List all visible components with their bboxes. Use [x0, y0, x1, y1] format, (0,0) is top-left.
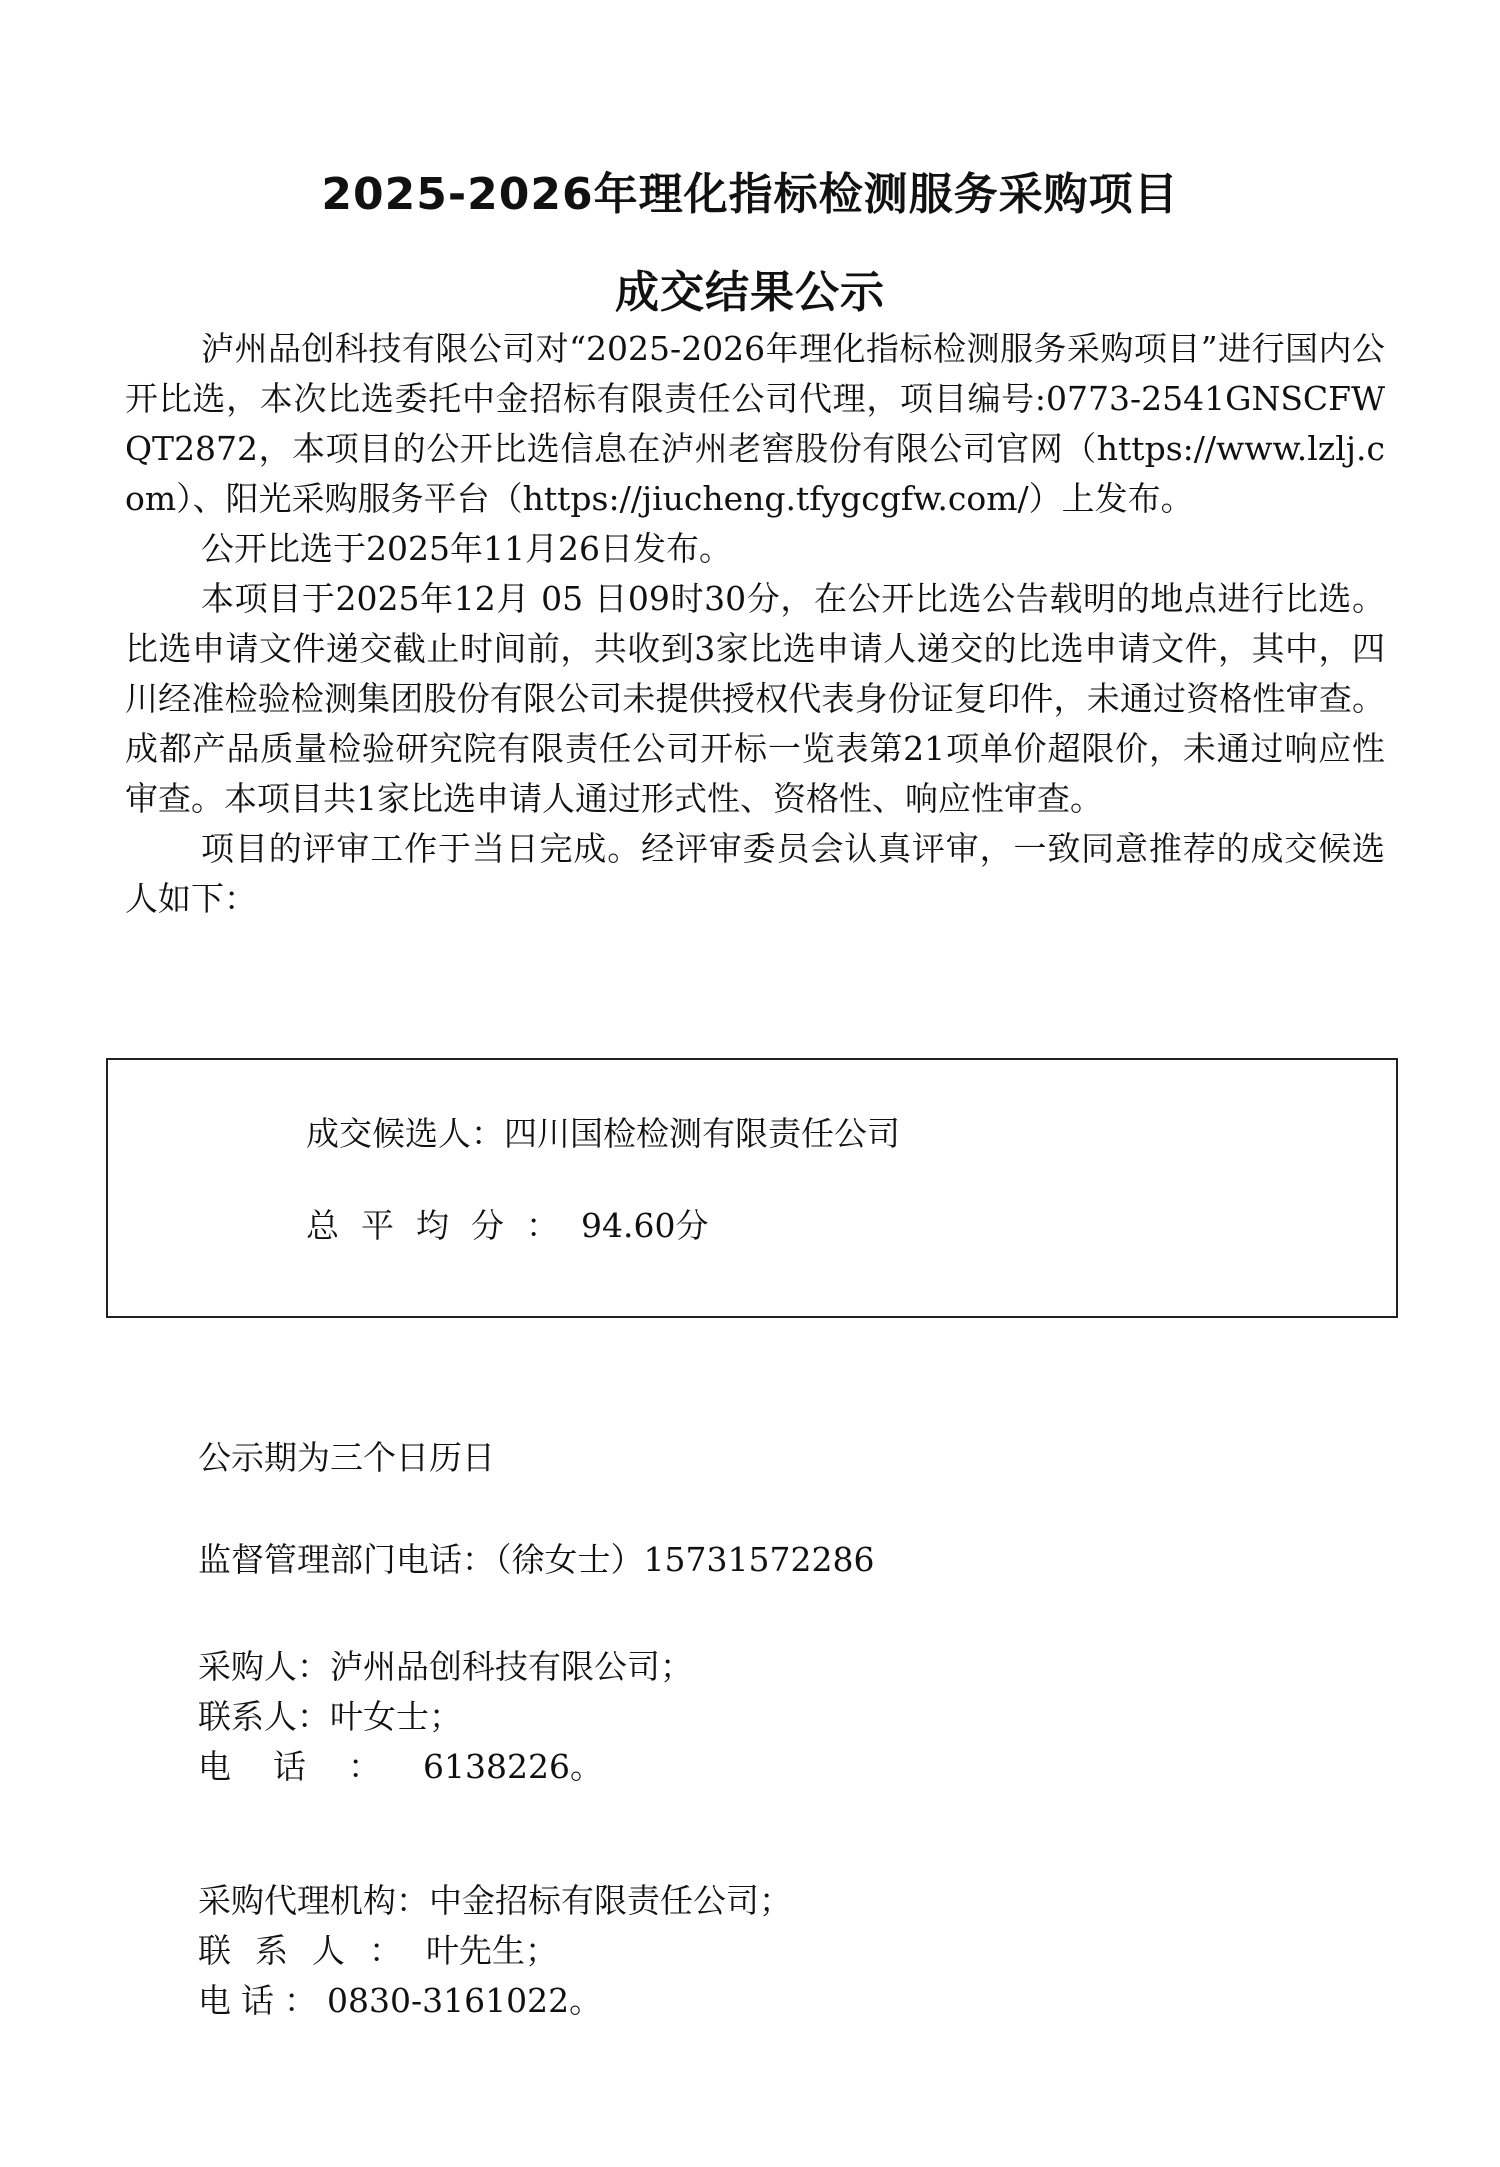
purchaser-phone-value: 6138226。: [423, 1747, 603, 1786]
body-paragraphs: 泸州品创科技有限公司对“2025-2026年理化指标检测服务采购项目”进行国内公…: [125, 324, 1385, 924]
paragraph-intro: 泸州品创科技有限公司对“2025-2026年理化指标检测服务采购项目”进行国内公…: [125, 324, 1385, 524]
purchaser-label: 采购人：: [198, 1647, 330, 1686]
paragraph-evaluation: 本项目于2025年12月 05 日09时30分，在公开比选公告载明的地点进行比选…: [125, 574, 1385, 824]
agency-contact-row: 联系人：叶先生；: [198, 1926, 558, 1976]
supervision-phone-row: 监督管理部门电话：（徐女士）15731572286: [198, 1535, 874, 1585]
purchaser-contact-row: 联系人：叶女士；: [198, 1692, 462, 1742]
agency-phone-row: 电话：0830-3161022。: [198, 1976, 602, 2026]
score-row: 总平均分：94.60分: [306, 1200, 708, 1247]
score-label: 总平均分：: [306, 1206, 581, 1245]
paragraph-publish-date: 公开比选于2025年11月26日发布。: [125, 524, 1385, 574]
candidate-row: 成交候选人：四川国检检测有限责任公司: [306, 1108, 900, 1155]
purchaser-name-row: 采购人：泸州品创科技有限公司；: [198, 1642, 693, 1692]
agency-name-row: 采购代理机构：中金招标有限责任公司；: [198, 1876, 792, 1926]
score-value: 94.60分: [581, 1206, 708, 1245]
result-box: 成交候选人：四川国检检测有限责任公司 总平均分：94.60分: [106, 1058, 1398, 1318]
document-subtitle: 成交结果公示: [0, 256, 1500, 320]
notice-period: 公示期为三个日历日: [198, 1433, 495, 1483]
agency-contact-label: 联系人：: [198, 1931, 426, 1970]
purchaser-contact-label: 联系人：: [198, 1697, 330, 1736]
candidate-label: 成交候选人：: [306, 1114, 504, 1153]
purchaser-phone-label: 电话：: [198, 1747, 423, 1786]
supervision-value: （徐女士）15731572286: [495, 1540, 874, 1579]
supervision-label: 监督管理部门电话：: [198, 1540, 495, 1579]
candidate-value: 四川国检检测有限责任公司: [504, 1114, 900, 1153]
agency-label: 采购代理机构：: [198, 1881, 429, 1920]
paragraph-recommendation: 项目的评审工作于当日完成。经评审委员会认真评审，一致同意推荐的成交候选人如下：: [125, 824, 1385, 924]
agency-value: 中金招标有限责任公司；: [429, 1881, 792, 1920]
agency-phone-label: 电话：: [198, 1981, 327, 2020]
agency-phone-value: 0830-3161022。: [327, 1981, 602, 2020]
document-title: 2025-2026年理化指标检测服务采购项目: [0, 158, 1500, 222]
purchaser-contact-value: 叶女士；: [330, 1697, 462, 1736]
purchaser-phone-row: 电话：6138226。: [198, 1742, 603, 1792]
agency-contact-value: 叶先生；: [426, 1931, 558, 1970]
purchaser-value: 泸州品创科技有限公司；: [330, 1647, 693, 1686]
